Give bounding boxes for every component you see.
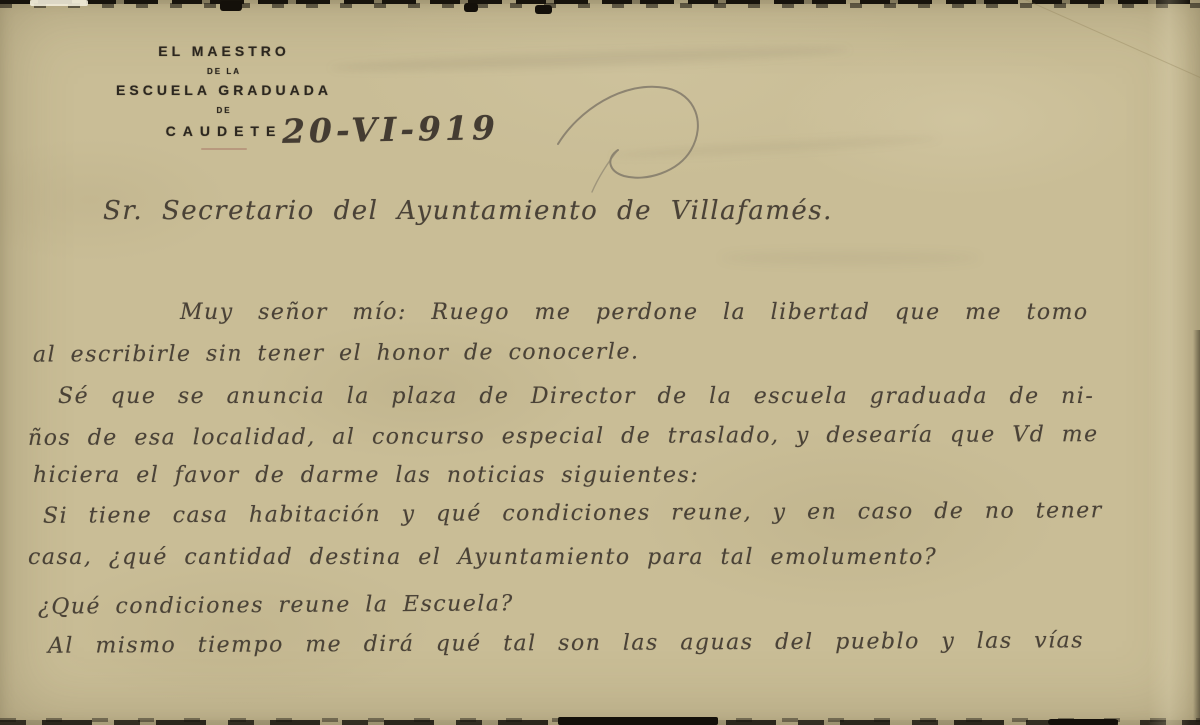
letterhead-line: DE LA [104, 67, 344, 76]
handwritten-line: casa, ¿qué cantidad destina el Ayuntamie… [28, 541, 937, 575]
letterhead-line: ESCUELA GRADUADA [104, 83, 344, 98]
scan-artifact-ink-blob [220, 1, 242, 11]
scan-artifact-ink-blob [535, 5, 552, 14]
handwritten-line: Sé que se anuncia la plaza de Director d… [58, 380, 1094, 414]
paper-light-band [1148, 0, 1190, 725]
handwritten-line: Muy señor mío: Ruego me perdone la liber… [180, 296, 1089, 330]
scan-artifact-top-edge-secondary [0, 3, 1200, 8]
handwritten-line: hiciera el favor de darme las noticias s… [33, 459, 699, 493]
letterhead-line: EL MAESTRO [104, 44, 344, 59]
scan-artifact-ink-blob [464, 3, 478, 12]
pencil-mark-d-icon [548, 66, 713, 198]
handwritten-line: ños de esa localidad, al concurso especi… [28, 418, 1099, 456]
ink-bleedthrough-smudge [720, 252, 980, 264]
salutation-line: Sr. Secretario del Ayuntamiento de Villa… [103, 196, 833, 226]
scan-edge-shadow [1193, 330, 1200, 725]
letterhead-rule [201, 148, 247, 150]
scan-artifact-ink-blob [558, 717, 718, 725]
paper-crease [953, 0, 1200, 90]
scan-artifact-white-speck [30, 0, 88, 6]
scan-artifact-top-edge [0, 0, 1200, 4]
handwritten-date: 20-VI-919 [282, 108, 499, 151]
handwritten-line: Al mismo tiempo me dirá qué tal son las … [48, 624, 1084, 663]
handwritten-line: Si tiene casa habitación y qué condicion… [43, 494, 1103, 534]
scan-artifact-ink-blob [1048, 719, 1118, 725]
handwritten-line: al escribirle sin tener el honor de cono… [33, 335, 640, 372]
letter-scan-page: EL MAESTRO DE LA ESCUELA GRADUADA DE CAU… [0, 0, 1200, 725]
handwritten-line: ¿Qué condiciones reune la Escuela? [38, 587, 514, 624]
